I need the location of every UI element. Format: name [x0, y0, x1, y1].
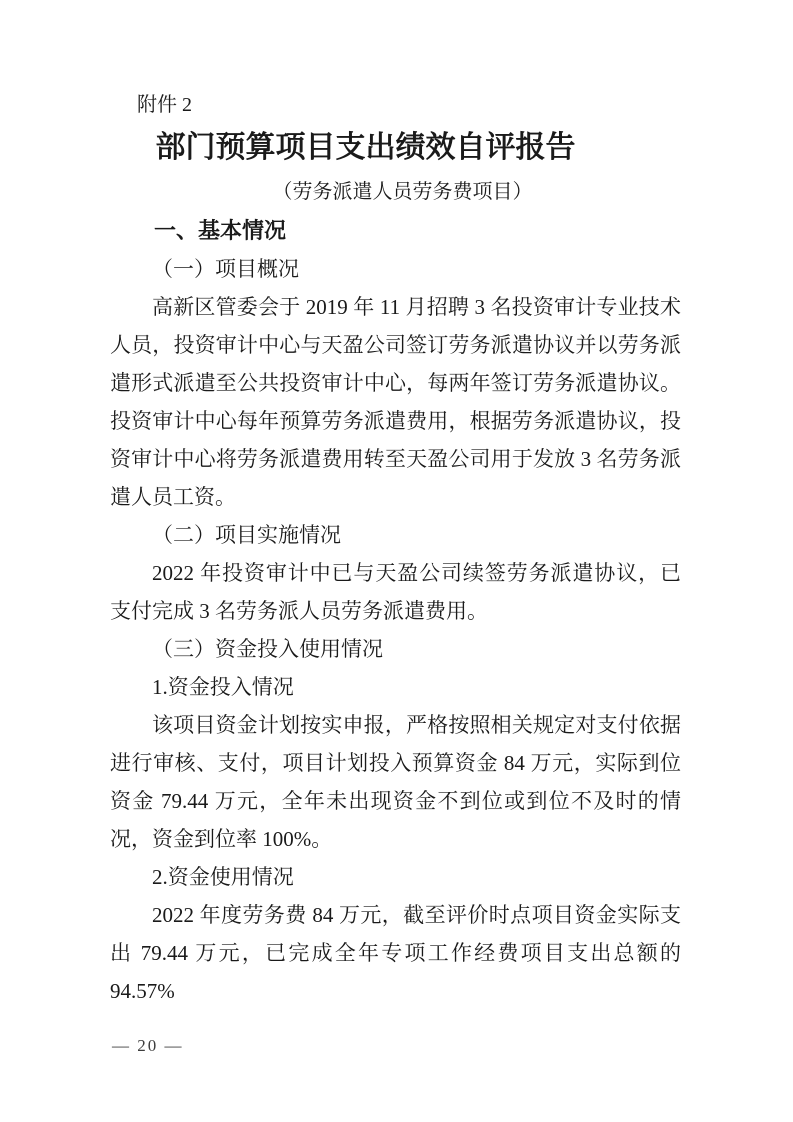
paragraph-project-implementation: 2022 年投资审计中已与天盈公司续签劳务派遣协议，已支付完成 3 名劳务派人员…: [110, 554, 681, 630]
item-heading-fund-input: 1.资金投入情况: [110, 668, 681, 706]
document-content: 附件 2 部门预算项目支出绩效自评报告 （劳务派遣人员劳务费项目） 一、基本情况…: [110, 86, 681, 1010]
subsection-heading-project-implementation: （二）项目实施情况: [110, 516, 681, 554]
document-page: 附件 2 部门预算项目支出绩效自评报告 （劳务派遣人员劳务费项目） 一、基本情况…: [0, 0, 793, 1122]
page-number: — 20 —: [112, 1036, 184, 1056]
attachment-label: 附件 2: [110, 86, 681, 124]
item-heading-fund-spend: 2.资金使用情况: [110, 858, 681, 896]
section-heading-basic-info: 一、基本情况: [110, 212, 681, 250]
paragraph-fund-spend: 2022 年度劳务费 84 万元，截至评价时点项目资金实际支出 79.44 万元…: [110, 896, 681, 1010]
paragraph-project-overview: 高新区管委会于 2019 年 11 月招聘 3 名投资审计专业技术人员，投资审计…: [110, 288, 681, 516]
report-title: 部门预算项目支出绩效自评报告: [110, 124, 621, 172]
report-subtitle: （劳务派遣人员劳务费项目）: [124, 172, 681, 212]
subsection-heading-fund-usage: （三）资金投入使用情况: [110, 630, 681, 668]
paragraph-fund-input: 该项目资金计划按实申报，严格按照相关规定对支付依据进行审核、支付，项目计划投入预…: [110, 706, 681, 858]
subsection-heading-project-overview: （一）项目概况: [110, 250, 681, 288]
